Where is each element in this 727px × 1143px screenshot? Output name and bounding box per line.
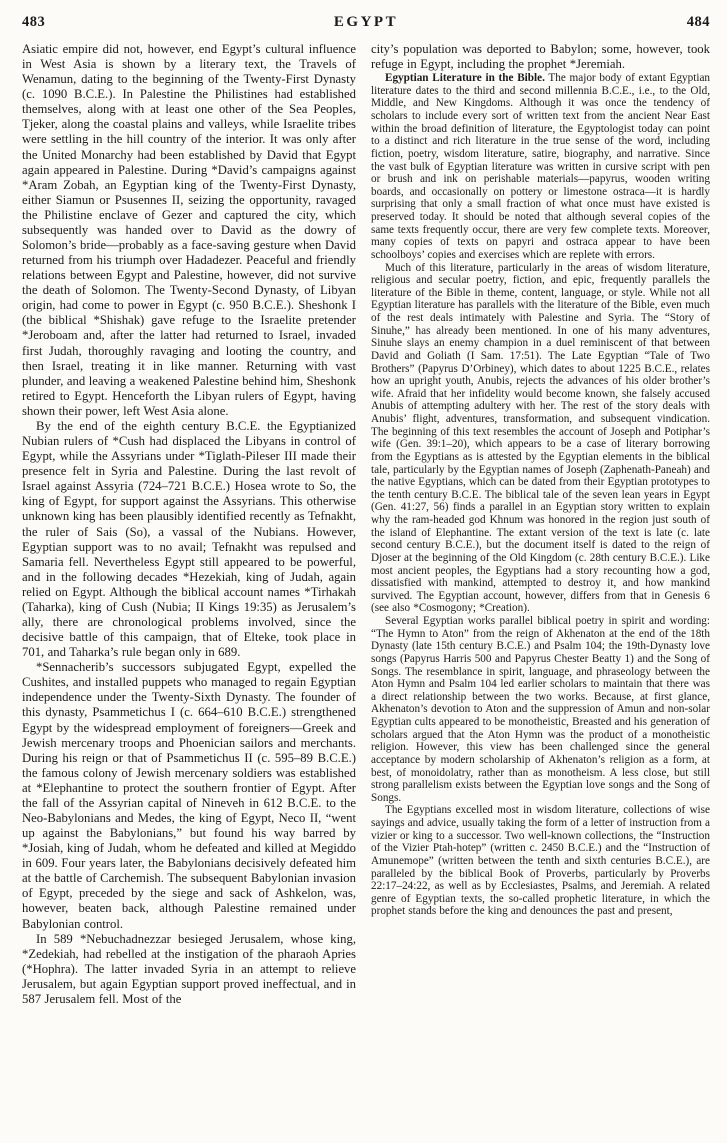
section-heading: Egyptian Literature in the Bible. [385,72,545,84]
book-page: 483 EGYPT 484 Asiatic empire did not, ho… [0,0,727,1143]
left-column: Asiatic empire did not, however, end Egy… [22,42,356,1007]
page-header: 483 EGYPT 484 [22,14,710,31]
paragraph: By the end of the eighth century B.C.E. … [22,419,356,660]
paragraph: In 589 *Nebuchadnezzar besieged Jerusale… [22,932,356,1007]
paragraph: Several Egyptian works parallel biblical… [371,615,710,804]
paragraph: Much of this literature, particularly in… [371,262,710,616]
paragraph: city’s population was deported to Babylo… [371,42,710,72]
paragraph: The Egyptians excelled most in wisdom li… [371,804,710,918]
paragraph: Asiatic empire did not, however, end Egy… [22,42,356,419]
running-title: EGYPT [82,14,650,31]
right-column: city’s population was deported to Babylo… [371,42,710,1007]
page-number-right: 484 [650,14,710,31]
section-egyptian-literature: Egyptian Literature in the Bible. The ma… [371,72,710,918]
section-body: The major body of extant Egyptian litera… [371,72,710,261]
text-columns: Asiatic empire did not, however, end Egy… [22,42,710,1007]
paragraph: *Sennacherib’s successors subjugated Egy… [22,660,356,931]
page-number-left: 483 [22,14,82,31]
paragraph: Egyptian Literature in the Bible. The ma… [371,72,710,261]
